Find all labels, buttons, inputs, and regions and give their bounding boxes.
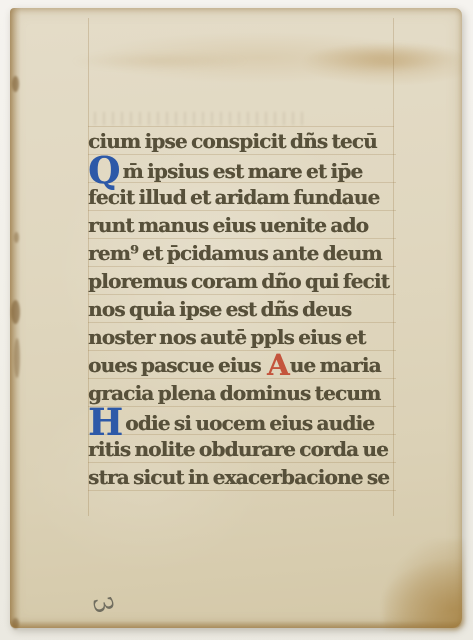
- parchment-bottom-edge: [10, 621, 462, 628]
- text-run: cium ipse conspicit dñs tecū: [88, 129, 377, 153]
- text-run: oues pascue eius: [88, 353, 265, 377]
- text-line: gracia plena dominus tecum: [88, 379, 396, 407]
- text-line: ritis nolite obdurare corda ue: [88, 435, 396, 463]
- illuminated-initial-red: A: [267, 355, 289, 375]
- illuminated-initial-blue: H: [88, 412, 122, 432]
- photo-backdrop: { "leaf": { "folio_number": "3", "colors…: [0, 0, 473, 640]
- text-line: noster nos autē ppls eius et: [88, 323, 396, 351]
- binding-stain: [14, 232, 19, 243]
- text-run: odie si uocem eius audie: [125, 411, 374, 435]
- text-line: rem⁹ et p̄cidamus ante deum: [88, 239, 396, 267]
- text-line: ploremus coram dño qui fecit: [88, 267, 396, 295]
- text-line: stra sicut in exacerbacione se: [88, 463, 396, 491]
- text-line: cium ipse conspicit dñs tecū: [88, 127, 396, 155]
- text-run: rem⁹ et p̄cidamus ante deum: [88, 241, 382, 265]
- text-run: stra sicut in exacerbacione se: [88, 465, 389, 489]
- illuminated-initial-blue: Q: [88, 160, 119, 180]
- text-run: m̄ ipsius est mare et ip̄e: [122, 159, 362, 183]
- text-line: Qm̄ ipsius est mare et ip̄e: [88, 155, 396, 183]
- binding-stain: [12, 76, 19, 92]
- ink-showthrough: [94, 112, 304, 125]
- text-run: fecit illud et aridam fundaue: [88, 185, 379, 209]
- text-run: ploremus coram dño qui fecit: [88, 269, 389, 293]
- text-run: nos quia ipse est dñs deus: [88, 297, 351, 321]
- text-run: ritis nolite obdurare corda ue: [88, 437, 388, 461]
- text-run: runt manus eius uenite ado: [88, 213, 368, 237]
- text-line: nos quia ipse est dñs deus: [88, 295, 396, 323]
- text-line: Hodie si uocem eius audie: [88, 407, 396, 435]
- folio-number: 3: [86, 593, 119, 616]
- text-line: runt manus eius uenite ado: [88, 211, 396, 239]
- text-line: oues pascue eius Aue maria: [88, 351, 396, 379]
- parchment-stain-top-right: [305, 44, 460, 72]
- text-run: noster nos autē ppls eius et: [88, 325, 366, 349]
- text-run: ue maria: [290, 353, 381, 377]
- parchment-stain-top-left: [70, 52, 250, 70]
- parchment-stain-bottom-right: [384, 540, 464, 630]
- binding-stain: [11, 300, 20, 324]
- text-block: cium ipse conspicit dñs tecūQm̄ ipsius e…: [88, 127, 396, 491]
- text-line: fecit illud et aridam fundaue: [88, 183, 396, 211]
- text-run: gracia plena dominus tecum: [88, 381, 380, 405]
- manuscript-leaf: cium ipse conspicit dñs tecūQm̄ ipsius e…: [10, 8, 462, 628]
- binding-stain: [14, 338, 20, 378]
